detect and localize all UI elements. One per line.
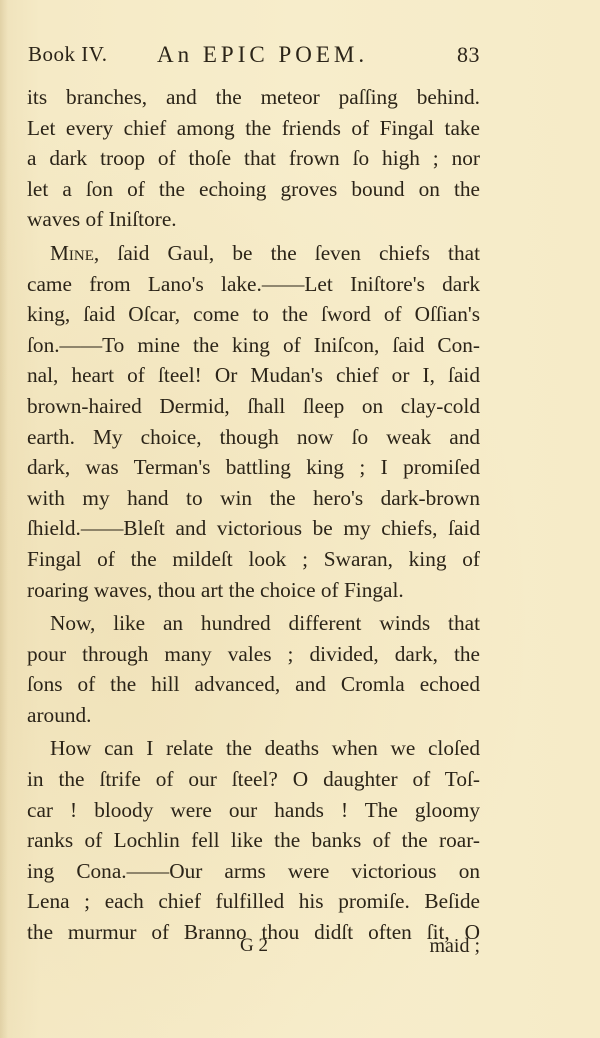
paragraph-1: its branches, and the meteor paſſing beh… [27, 82, 480, 235]
text-line: waves of Iniſtore. [27, 204, 480, 235]
catchword: maid ; [429, 935, 480, 958]
page-number: 83 [457, 42, 480, 68]
text-line: Mine, ſaid Gaul, be the ſeven chiefs tha… [27, 238, 480, 269]
text-line: car ! bloody were our hands ! The gloomy [27, 795, 480, 826]
text-line: roaring waves, thou art the choice of Fi… [27, 575, 480, 606]
text-line: brown-haired Dermid, ſhall ſleep on clay… [27, 391, 480, 422]
paragraph-2: Mine, ſaid Gaul, be the ſeven chiefs tha… [27, 238, 480, 605]
text-line: pour through many vales ; divided, dark,… [27, 639, 480, 670]
text-line: Now, like an hundred different winds tha… [27, 608, 480, 639]
text-line: How can I relate the deaths when we cloſ… [27, 733, 480, 764]
page-footer: G 2 maid ; [27, 935, 480, 965]
text-line: its branches, and the meteor paſſing beh… [27, 82, 480, 113]
text-line: ing Cona.——Our arms were victorious on [27, 856, 480, 887]
line-rest: ſaid Gaul, be the ſeven chiefs that [99, 241, 480, 265]
text-line: king, ſaid Oſcar, come to the ſword of O… [27, 299, 480, 330]
text-line: let a ſon of the echoing groves bound on… [27, 174, 480, 205]
text-line: ſon.——To mine the king of Iniſcon, ſaid … [27, 330, 480, 361]
paragraph-4: How can I relate the deaths when we cloſ… [27, 733, 480, 947]
page-edge-shadow [0, 0, 8, 1038]
text-line: Lena ; each chief fulfilled his promiſe.… [27, 886, 480, 917]
lead-small-caps: Mine, [50, 241, 99, 265]
text-line: around. [27, 700, 480, 731]
paragraph-3: Now, like an hundred different winds tha… [27, 608, 480, 730]
text-line: Let every chief among the friends of Fin… [27, 113, 480, 144]
book-page: Book IV. An EPIC POEM. 83 its branches, … [0, 0, 600, 1038]
running-head-book: Book IV. [28, 42, 107, 67]
text-line: Fingal of the mildeſt look ; Swaran, kin… [27, 544, 480, 575]
text-line: ranks of Lochlin fell like the banks of … [27, 825, 480, 856]
running-head-title: An EPIC POEM. [157, 42, 368, 68]
text-line: dark, was Terman's battling king ; I pro… [27, 452, 480, 483]
running-head: Book IV. An EPIC POEM. 83 [28, 42, 480, 72]
text-line: with my hand to win the hero's dark-brow… [27, 483, 480, 514]
text-line: ſons of the hill advanced, and Cromla ec… [27, 669, 480, 700]
text-line: earth. My choice, though now ſo weak and [27, 422, 480, 453]
signature-mark: G 2 [240, 935, 268, 957]
body-text: its branches, and the meteor paſſing beh… [27, 82, 480, 948]
text-line: came from Lano's lake.——Let Iniſtore's d… [27, 269, 480, 300]
text-line: a dark troop of thoſe that frown ſo high… [27, 143, 480, 174]
text-line: ſhield.——Bleſt and victorious be my chie… [27, 513, 480, 544]
text-line: in the ſtrife of our ſteel? O daughter o… [27, 764, 480, 795]
text-line: nal, heart of ſteel! Or Mudan's chief or… [27, 360, 480, 391]
